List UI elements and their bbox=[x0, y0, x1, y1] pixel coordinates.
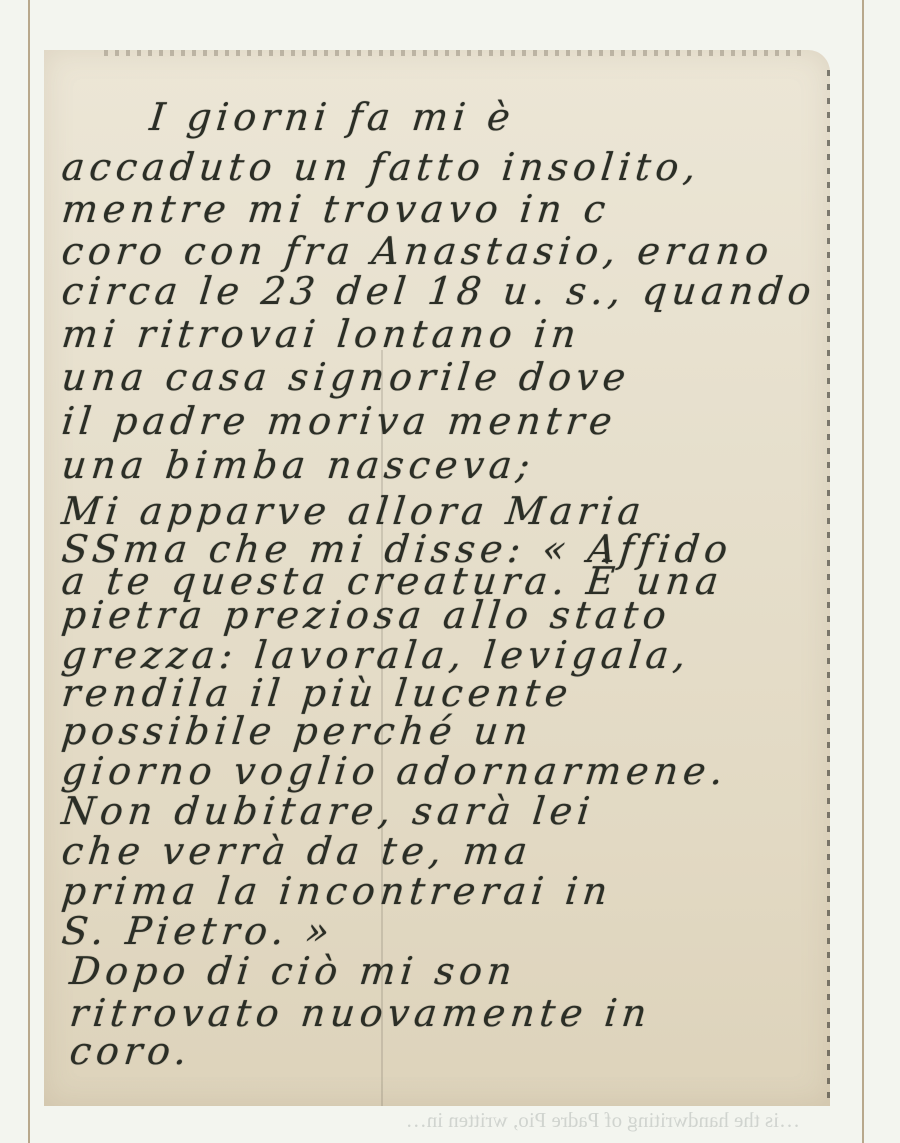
bleed-through-caption: …is the handwriting of Padre Pio, writte… bbox=[330, 1108, 800, 1133]
handwritten-line: I giorni fa mi è bbox=[148, 98, 517, 136]
handwritten-line: coro con fra Anastasio, erano bbox=[60, 232, 775, 270]
handwritten-line: possibile perché un bbox=[60, 712, 535, 750]
handwritten-line: rendila il più lucente bbox=[60, 674, 575, 712]
handwritten-line: giorno voglio adornarmene. bbox=[60, 752, 730, 790]
handwritten-line: Dopo di ciò mi son bbox=[68, 952, 519, 990]
handwritten-line: pietra preziosa allo stato bbox=[60, 596, 673, 634]
handwritten-line: mentre mi trovavo in c bbox=[60, 190, 612, 228]
handwritten-line: una casa signorile dove bbox=[60, 358, 632, 396]
handwritten-line: Non dubitare, sarà lei bbox=[60, 792, 597, 830]
paper-torn-top-edge bbox=[104, 50, 804, 56]
handwritten-line: circa le 23 del 18 u. s., quando bbox=[60, 272, 818, 310]
handwritten-line: Mi apparve allora Maria bbox=[60, 492, 648, 530]
handwritten-line: mi ritrovai lontano in bbox=[60, 315, 583, 353]
handwritten-line: una bimba nasceva; bbox=[60, 446, 537, 484]
handwritten-line: il padre moriva mentre bbox=[60, 402, 619, 440]
handwritten-line: prima la incontrerai in bbox=[60, 872, 614, 910]
handwritten-line: ritrovato nuovamente in bbox=[68, 994, 653, 1032]
handwritten-line: S. Pietro. » bbox=[60, 912, 336, 950]
handwritten-letter-paper: I giorni fa mi èaccaduto un fatto insoli… bbox=[44, 50, 830, 1106]
handwritten-line: accaduto un fatto insolito, bbox=[60, 148, 703, 186]
page-margin-rule-right bbox=[862, 0, 864, 1143]
handwritten-line: grezza: lavorala, levigala, bbox=[60, 636, 693, 674]
handwritten-line: coro. bbox=[68, 1032, 194, 1070]
handwritten-line: che verrà da te, ma bbox=[60, 832, 534, 870]
page-margin-rule-left bbox=[28, 0, 30, 1143]
